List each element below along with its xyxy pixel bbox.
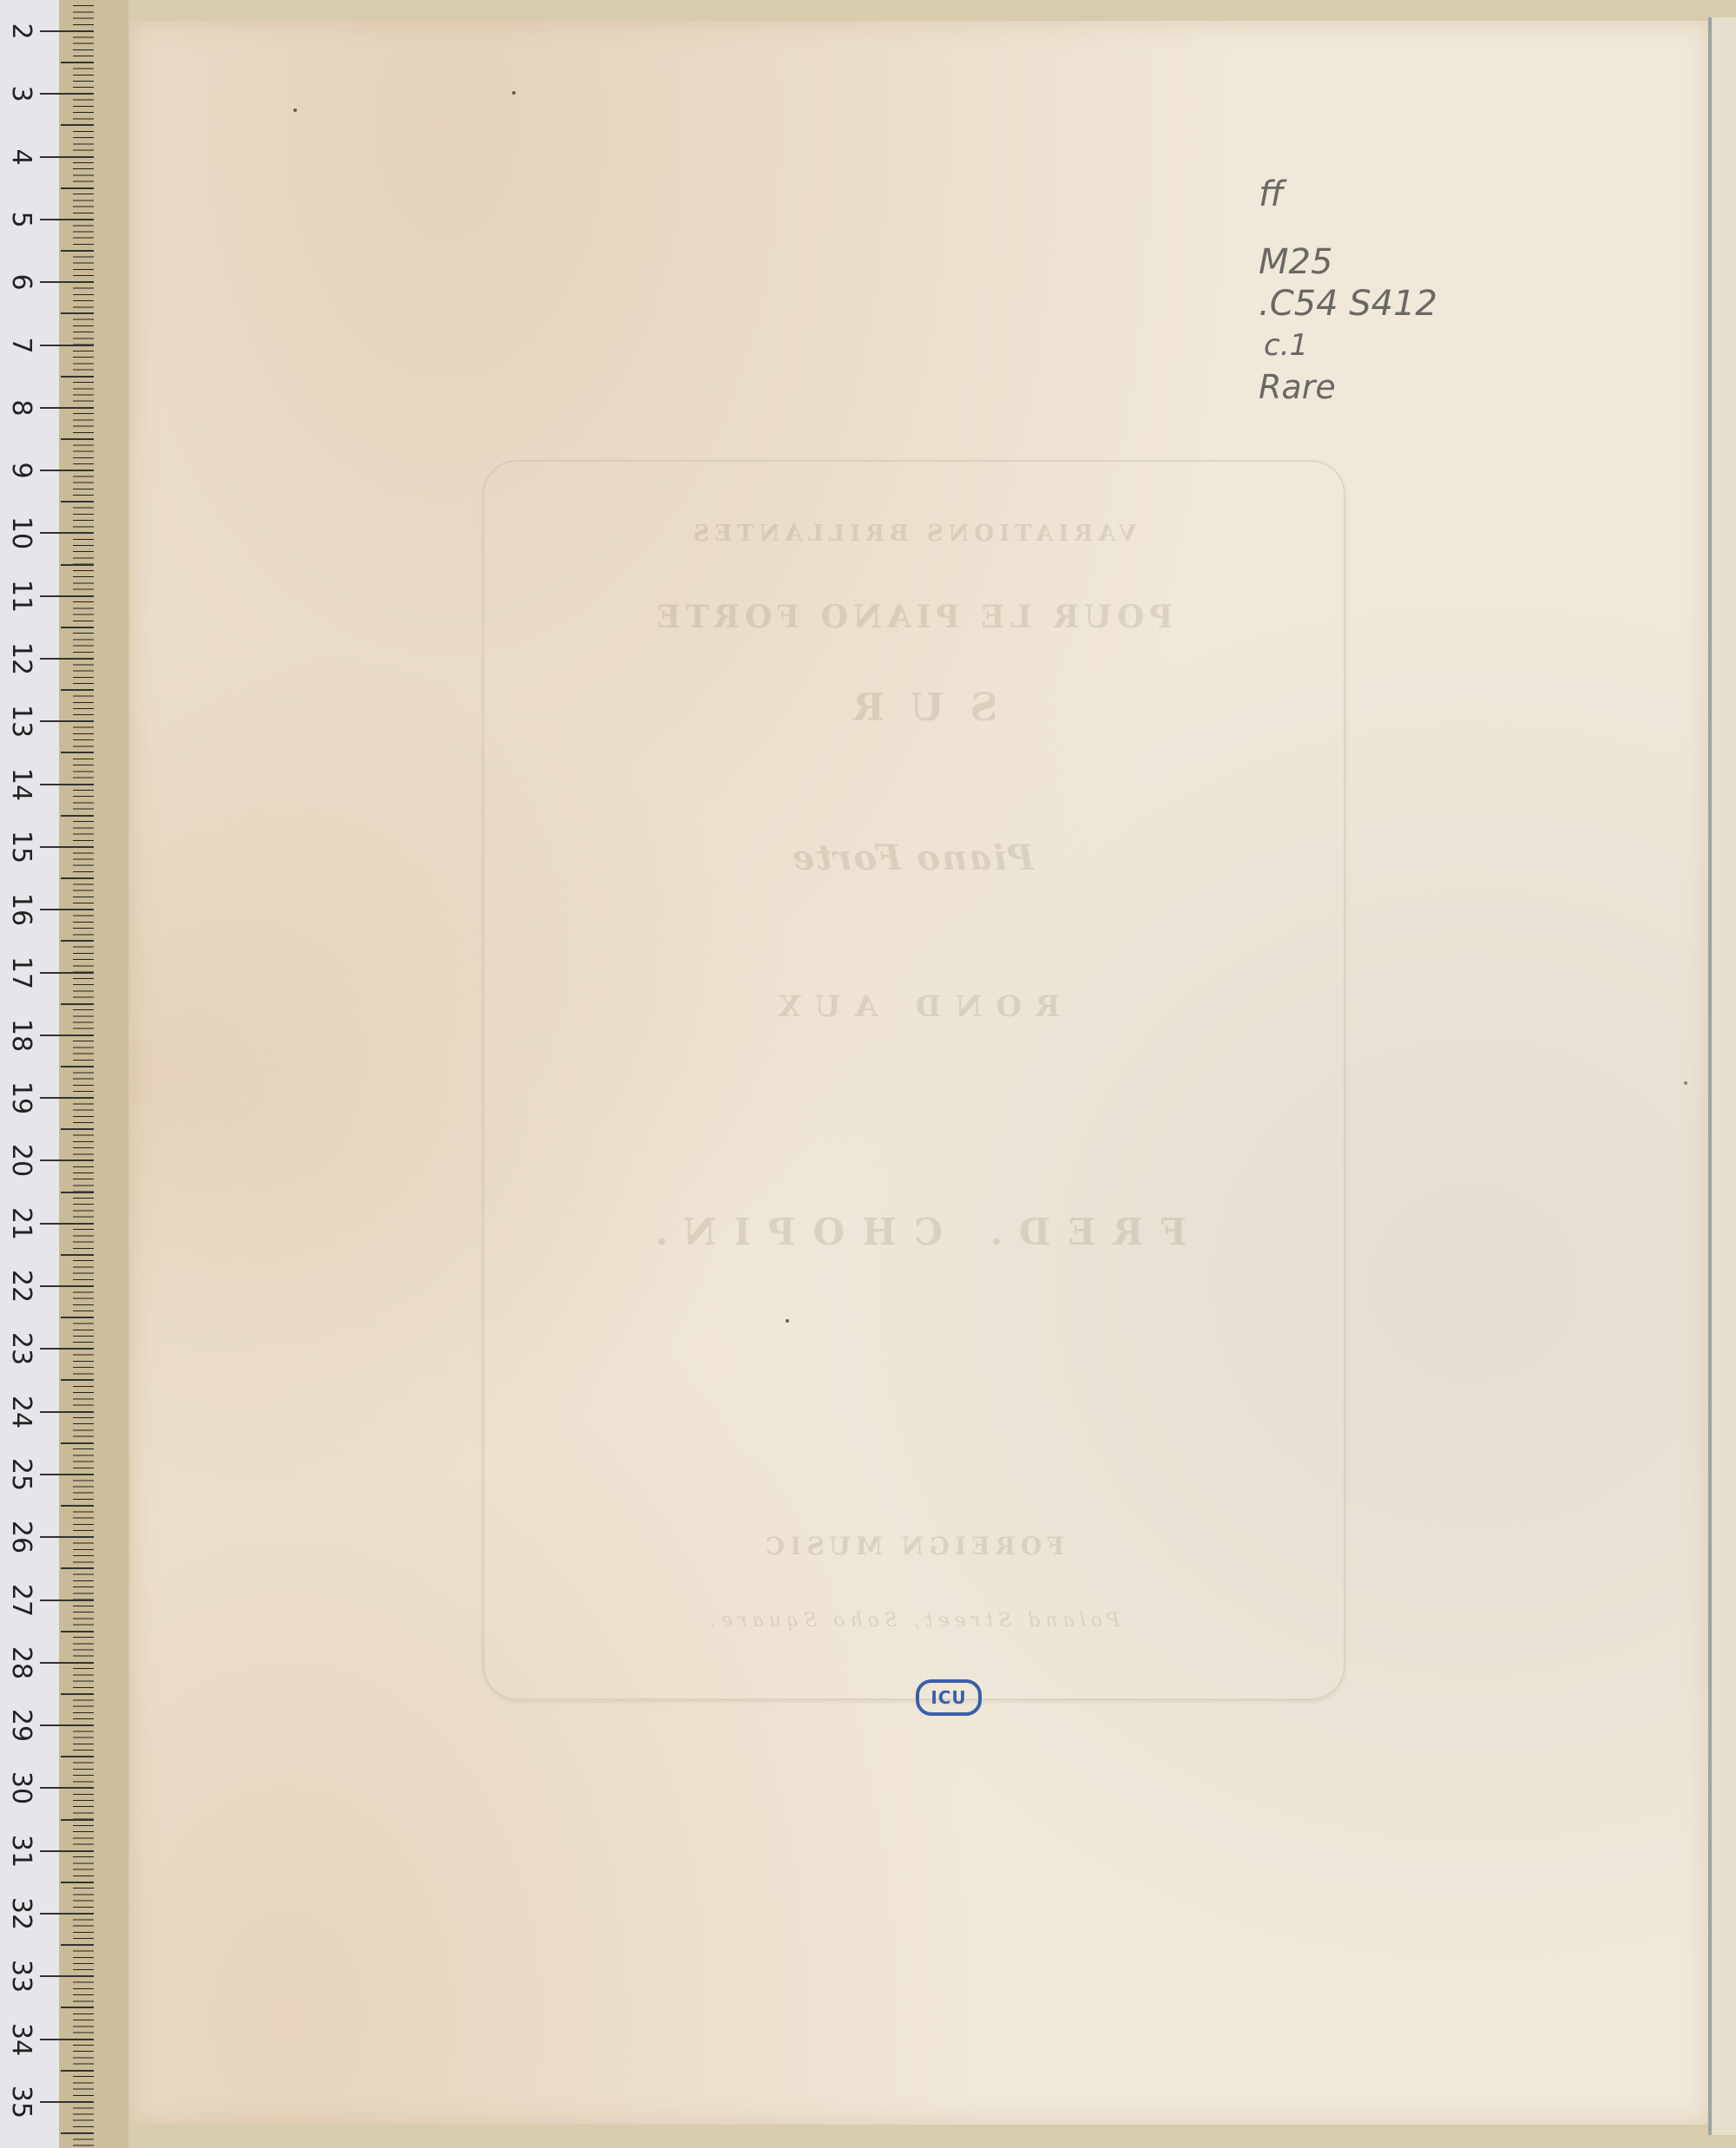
ruler-number: 9 xyxy=(8,453,34,488)
ruler-cm-tick xyxy=(40,1724,94,1726)
ruler-cm-tick xyxy=(40,1474,94,1475)
ruler-half-cm-tick xyxy=(61,1128,94,1130)
binding-spine xyxy=(1708,17,1712,2135)
ruler-half-cm-tick xyxy=(61,1693,94,1695)
ruler-half-cm-tick xyxy=(61,1317,94,1318)
ruler-cm-tick xyxy=(40,2039,94,2040)
ruler-number: 35 xyxy=(8,2085,34,2119)
ruler-number: 22 xyxy=(8,1269,34,1304)
ruler-half-cm-tick xyxy=(61,1192,94,1193)
ruler-half-cm-tick xyxy=(61,62,94,63)
plate-mark xyxy=(483,460,1345,1700)
paper-speck xyxy=(293,108,297,112)
ruler-cm-tick xyxy=(40,1097,94,1099)
ruler-number: 32 xyxy=(8,1896,34,1931)
ruler-mm-ticks xyxy=(59,0,94,2148)
ruler-cm-tick xyxy=(40,1913,94,1915)
ruler-half-cm-tick xyxy=(61,1819,94,1821)
ruler-number: 18 xyxy=(8,1018,34,1053)
ruler-number: 12 xyxy=(8,641,34,676)
ruler-cm-tick xyxy=(40,1159,94,1161)
paper-speck xyxy=(512,91,516,95)
ruler-half-cm-tick xyxy=(61,250,94,252)
ruler-number: 13 xyxy=(8,704,34,739)
show-through-line: Poland Street, Soho Square. xyxy=(483,1610,1342,1632)
call-number-cutter: .C54 S412 xyxy=(1259,283,1437,325)
ruler-half-cm-tick xyxy=(61,877,94,879)
ruler-cm-tick xyxy=(40,1662,94,1664)
paper-speck xyxy=(786,1319,789,1323)
binding-thread xyxy=(1684,1081,1687,1085)
ruler-cm-tick xyxy=(40,407,94,409)
ruler-number: 23 xyxy=(8,1331,34,1366)
ruler-cm-tick xyxy=(40,909,94,910)
ruler-half-cm-tick xyxy=(61,1003,94,1005)
ruler-number: 26 xyxy=(8,1520,34,1554)
ruler-half-cm-tick xyxy=(61,2070,94,2072)
ruler-half-cm-tick xyxy=(61,187,94,189)
ruler-number: 20 xyxy=(8,1143,34,1178)
ruler-cm-tick xyxy=(40,219,94,220)
ruler-half-cm-tick xyxy=(61,1944,94,1946)
ruler-number: 19 xyxy=(8,1081,34,1115)
ruler-cm-tick xyxy=(40,784,94,785)
ruler-cm-tick xyxy=(40,846,94,848)
ruler-number: 4 xyxy=(8,140,34,174)
scan-board-edge xyxy=(94,0,128,2148)
ruler-cm-tick xyxy=(40,156,94,158)
show-through-line: SUR xyxy=(483,686,1342,730)
ruler-number: 21 xyxy=(8,1206,34,1241)
ruler-number: 30 xyxy=(8,1770,34,1805)
ruler-cm-tick xyxy=(40,1600,94,1601)
ruler-half-cm-tick xyxy=(61,312,94,314)
ruler-cm-tick xyxy=(40,595,94,597)
ruler-number: 28 xyxy=(8,1645,34,1680)
show-through-line: VARIATIONS BRILLANTES xyxy=(483,521,1342,547)
ruler-cm-tick xyxy=(40,1787,94,1789)
ruler-half-cm-tick xyxy=(61,815,94,817)
pencil-call-number: ff M25 .C54 S412 c.1 Rare xyxy=(1259,174,1437,408)
ruler-cm-tick xyxy=(40,1850,94,1852)
ruler-cm-tick xyxy=(40,720,94,722)
library-stamp: ICU xyxy=(916,1679,982,1716)
ruler-number: 29 xyxy=(8,1708,34,1743)
ruler-number: 25 xyxy=(8,1457,34,1492)
ruler-half-cm-tick xyxy=(61,2007,94,2008)
adjacent-page-edge xyxy=(1712,17,1736,2135)
ruler-number: 27 xyxy=(8,1583,34,1618)
ruler-half-cm-tick xyxy=(61,940,94,942)
ruler-half-cm-tick xyxy=(61,752,94,753)
ruler-number: 6 xyxy=(8,265,34,299)
ruler-cm-tick xyxy=(40,658,94,660)
ruler-half-cm-tick xyxy=(61,438,94,440)
ruler-half-cm-tick xyxy=(61,1882,94,1883)
measurement-ruler: 2345678910111213141516171819202122232425… xyxy=(0,0,94,2148)
ruler-cm-tick xyxy=(40,2101,94,2103)
ruler-half-cm-tick xyxy=(61,1066,94,1067)
shelf-code: ff xyxy=(1259,174,1437,215)
ruler-cm-tick xyxy=(40,281,94,283)
ruler-number: 7 xyxy=(8,328,34,363)
ruler-cm-tick xyxy=(40,93,94,95)
ruler-number: 31 xyxy=(8,1834,34,1869)
ruler-half-cm-tick xyxy=(61,564,94,566)
ruler-cm-tick xyxy=(40,470,94,471)
show-through-line: Piano Forte xyxy=(483,838,1342,878)
show-through-line: ROND AUX xyxy=(483,989,1342,1024)
show-through-line: POUR LE PIANO FORTE xyxy=(483,599,1342,635)
ruler-half-cm-tick xyxy=(61,689,94,691)
ruler-cm-tick xyxy=(40,1536,94,1538)
ruler-half-cm-tick xyxy=(61,1254,94,1256)
ruler-half-cm-tick xyxy=(61,1567,94,1569)
ruler-half-cm-tick xyxy=(61,1442,94,1444)
ruler-cm-tick xyxy=(40,532,94,534)
ruler-number: 14 xyxy=(8,767,34,802)
ruler-half-cm-tick xyxy=(61,376,94,378)
ruler-half-cm-tick xyxy=(61,1379,94,1381)
ruler-number: 33 xyxy=(8,1959,34,1994)
ruler-cm-tick xyxy=(40,1975,94,1977)
show-through-composer: FRED. CHOPIN. xyxy=(483,1211,1342,1253)
ruler-cm-tick xyxy=(40,1285,94,1287)
ruler-half-cm-tick xyxy=(61,1756,94,1757)
ruler-cm-tick xyxy=(40,345,94,346)
ruler-number: 5 xyxy=(8,202,34,237)
copy-number: c.1 xyxy=(1264,325,1437,366)
ruler-number: 2 xyxy=(8,14,34,49)
ruler-cm-tick xyxy=(40,30,94,32)
show-through-line: FOREIGN MUSIC xyxy=(483,1532,1342,1560)
call-number-class: M25 xyxy=(1259,241,1437,283)
ruler-half-cm-tick xyxy=(61,1631,94,1632)
ruler-cm-tick xyxy=(40,1223,94,1225)
ruler-number: 16 xyxy=(8,892,34,927)
ruler-cm-tick xyxy=(40,972,94,974)
ruler-half-cm-tick xyxy=(61,2132,94,2134)
ruler-number: 8 xyxy=(8,391,34,425)
ruler-number: 11 xyxy=(8,579,34,614)
ruler-half-cm-tick xyxy=(61,124,94,126)
collection-label: Rare xyxy=(1259,366,1437,408)
ruler-number: 34 xyxy=(8,2022,34,2057)
ruler-cm-tick xyxy=(40,1035,94,1036)
ruler-number: 15 xyxy=(8,830,34,864)
ruler-cm-tick xyxy=(40,1411,94,1413)
ruler-number: 24 xyxy=(8,1395,34,1429)
ruler-number-strip xyxy=(0,0,59,2148)
ruler-number: 3 xyxy=(8,76,34,111)
ruler-half-cm-tick xyxy=(61,501,94,503)
ruler-half-cm-tick xyxy=(61,1505,94,1507)
ruler-number: 17 xyxy=(8,956,34,990)
ruler-cm-tick xyxy=(40,1348,94,1350)
ruler-number: 10 xyxy=(8,516,34,550)
ruler-half-cm-tick xyxy=(61,627,94,628)
